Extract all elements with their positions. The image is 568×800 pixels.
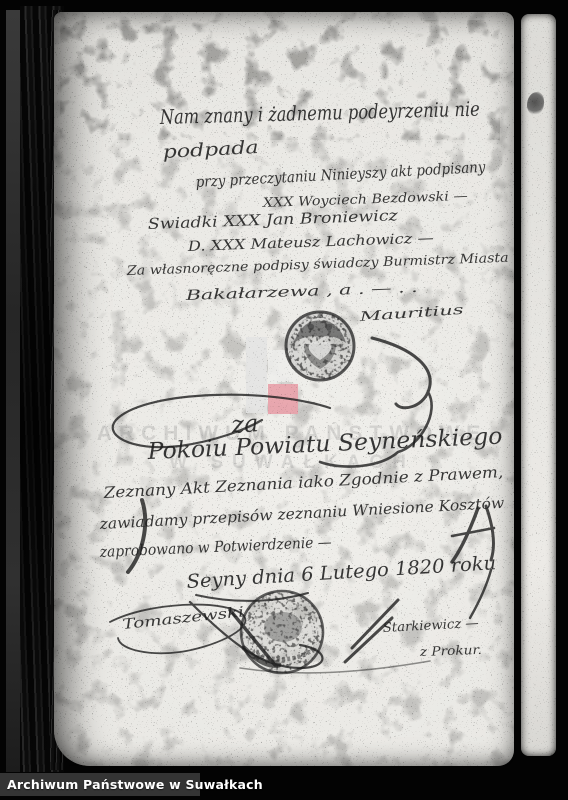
archive-name-label: Archiwum Państwowe w Suwałkach: [0, 773, 200, 796]
archive-name-text: Archiwum Państwowe w Suwałkach: [0, 777, 263, 792]
archival-scan: ARCHIWUM PAŃSTWOWE W SUWAŁKACH: [0, 0, 568, 800]
speckle-noise-strip: [521, 14, 556, 756]
page-overlay: ARCHIWUM PAŃSTWOWE W SUWAŁKACH: [0, 0, 568, 800]
speckle-noise: [54, 12, 514, 766]
